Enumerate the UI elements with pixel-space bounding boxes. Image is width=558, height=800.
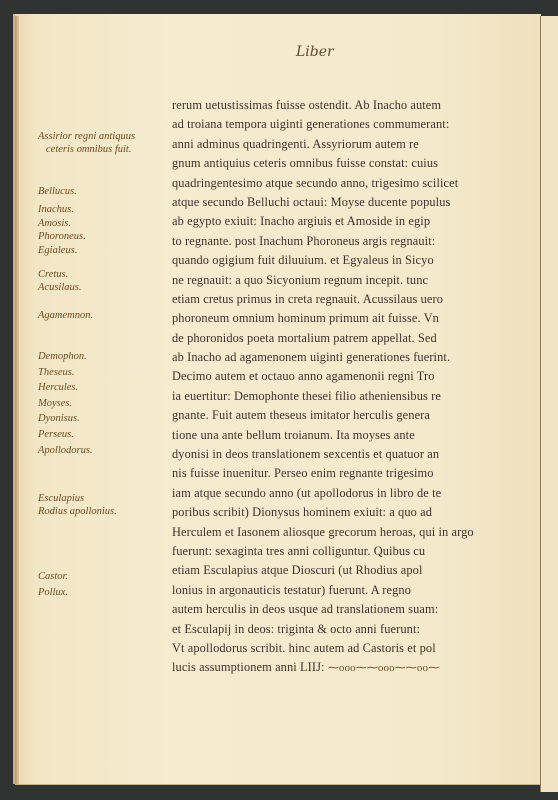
text-line: rerum uetustissimas fuisse ostendit. Ab …	[172, 96, 492, 115]
margin-note: Pollux.	[38, 586, 68, 599]
next-page-edge	[540, 16, 558, 792]
margin-note: Perseus.	[38, 428, 74, 441]
margin-note: Egialeus.	[38, 244, 77, 257]
text-line: tione una ante bellum troianum. Ita moys…	[172, 426, 492, 445]
text-line: Decimo autem et octauo anno agamenonii r…	[172, 367, 492, 386]
text-line: autem herculis in deos usque ad translat…	[172, 600, 492, 619]
text-line: et Esculapij in deos: triginta & octo an…	[172, 620, 492, 639]
text-line: etiam Esculapius atque Dioscuri (ut Rhod…	[172, 561, 492, 580]
page-edge	[15, 16, 19, 784]
margin-note: Inachus.	[38, 203, 74, 216]
text-line: quando ogigium fuit diluuium. et Egyaleu…	[172, 251, 492, 270]
text-line: nis fuisse inuenitur. Perseo enim regnan…	[172, 464, 492, 483]
text-line: quadringentesimo atque secundo anno, tri…	[172, 174, 492, 193]
margin-note: Agamemnon.	[38, 309, 93, 322]
text-line: dyonisi in deos translationem sexcentis …	[172, 445, 492, 464]
text-line: ne regnauit: a quo Sicyonium regnum ince…	[172, 271, 492, 290]
page-header: Liber	[296, 44, 334, 60]
text-line: etiam cretus primus in creta regnauit. A…	[172, 290, 492, 309]
text-line: Herculem et Iasonem aliosque grecorum he…	[172, 523, 492, 542]
text-line: lucis assumptionem anni LIIJ: ⁓ooo⁓⁓ooo⁓…	[172, 658, 492, 677]
text-line: ab Inacho ad agamenonem uiginti generati…	[172, 348, 492, 367]
margin-note: Moyses.	[38, 397, 72, 410]
main-text-block: rerum uetustissimas fuisse ostendit. Ab …	[172, 96, 492, 678]
margin-note: Apollodorus.	[38, 444, 93, 457]
margin-note: Assirior regni antiquus	[38, 130, 135, 143]
margin-note: ceteris omnibus fuit.	[46, 143, 131, 156]
margin-note: Hercules.	[38, 381, 78, 394]
margin-note: Dyonisus.	[38, 412, 80, 425]
text-line: gnante. Fuit autem theseus imitator herc…	[172, 406, 492, 425]
margin-note: Amosis.	[38, 217, 71, 230]
margin-note: Acusilaus.	[38, 281, 81, 294]
margin-note: Theseus.	[38, 366, 74, 379]
margin-note: Demophon.	[38, 350, 87, 363]
margin-note: Castor.	[38, 570, 68, 583]
text-line: anni adminus quadringenti. Assyriorum au…	[172, 135, 492, 154]
text-line: ad troiana tempora uiginti generationes …	[172, 115, 492, 134]
text-line: lonius in argonauticis testatur) fuerunt…	[172, 581, 492, 600]
text-line: fuerunt: sexaginta tres anni colliguntur…	[172, 542, 492, 561]
margin-note: Rodius apollonius.	[38, 505, 117, 518]
text-line: gnum antiquius ceteris omnibus fuisse co…	[172, 154, 492, 173]
text-line: iam atque secundo anno (ut apollodorus i…	[172, 484, 492, 503]
margin-note: Cretus.	[38, 268, 68, 281]
text-line: Vt apollodorus scribit. hinc autem ad Ca…	[172, 639, 492, 658]
text-line-final: lucis assumptionem anni LIIJ:	[172, 660, 325, 674]
line-filler-flourish: ⁓ooo⁓⁓ooo⁓⁓oo⁓	[328, 662, 439, 674]
text-line: de phoronidos poeta mortalium patrem app…	[172, 329, 492, 348]
margin-note: Bellucus.	[38, 185, 77, 198]
margin-note: Esculapius	[38, 492, 84, 505]
margin-note: Phoroneus.	[38, 230, 86, 243]
text-line: poribus scribit) Dionysus hominem exiuit…	[172, 503, 492, 522]
text-line: atque secundo Belluchi octaui: Moyse duc…	[172, 193, 492, 212]
text-line: ia euertitur: Demophonte thesei filio at…	[172, 387, 492, 406]
text-line: ab egypto exiuit: Inacho argiuis et Amos…	[172, 212, 492, 231]
text-line: phoroneum omnium hominum primum ait fuis…	[172, 309, 492, 328]
text-line: to regnante. post Inachum Phoroneus argi…	[172, 232, 492, 251]
